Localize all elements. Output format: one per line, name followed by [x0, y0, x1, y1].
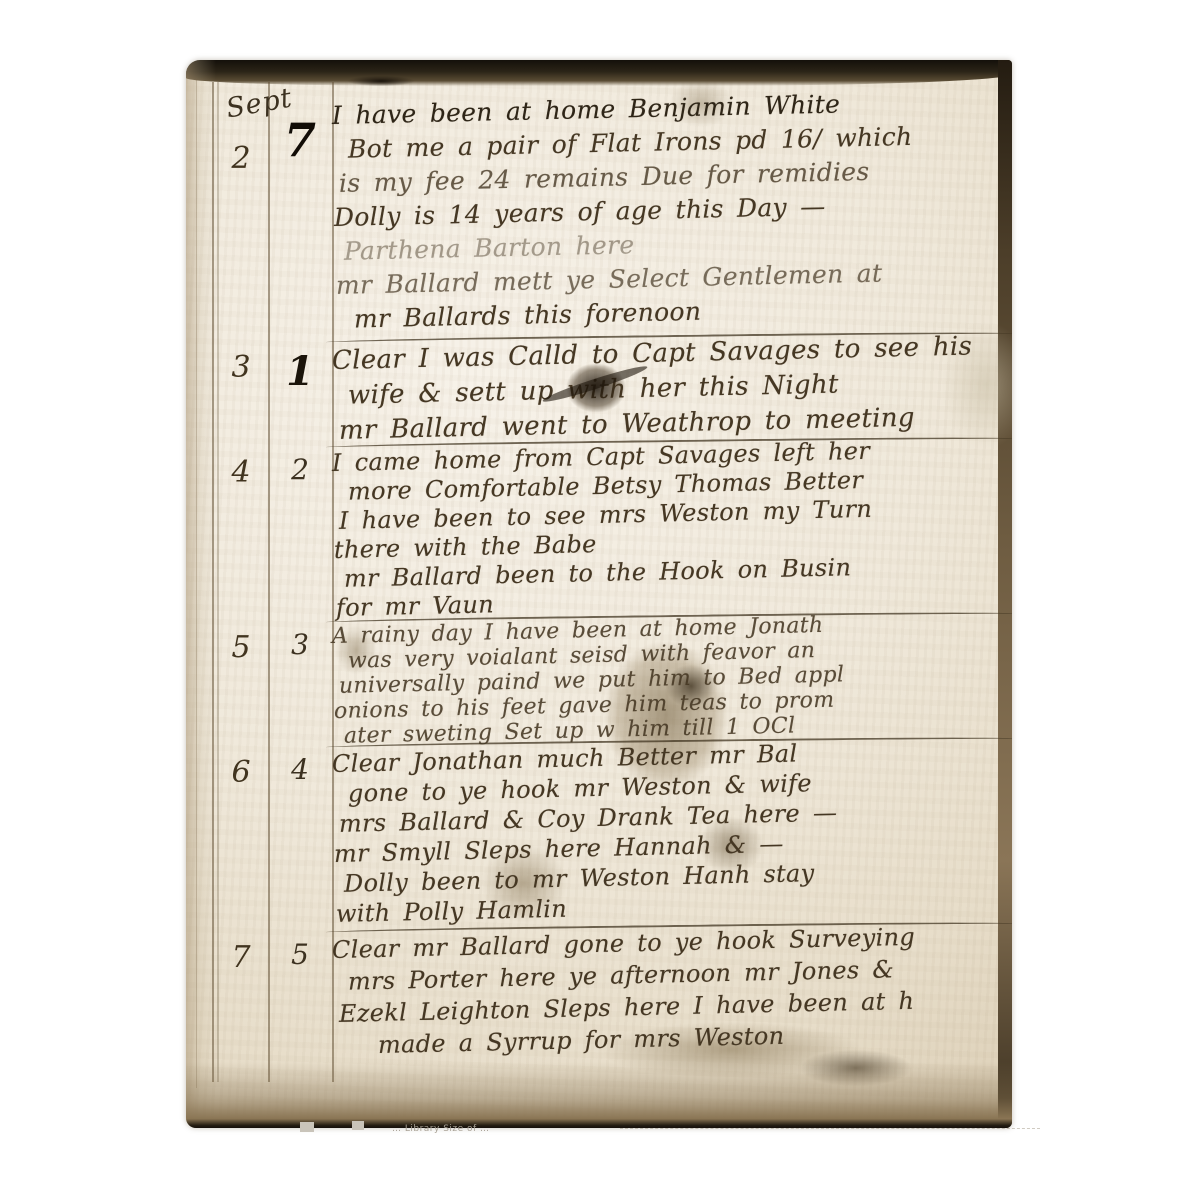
entry-text: Clear I was Calld to Capt Savages to see… [332, 340, 1012, 449]
photo-caption: … Library Size of … [392, 1124, 490, 1134]
diary-entry-sept-4: 42I came home from Capt Savages left her… [214, 445, 1012, 623]
entry-text: Clear mr Ballard gone to ye hook Surveyi… [332, 930, 1012, 1062]
day-of-month: 5 [214, 620, 268, 665]
day-of-month: 2 [214, 95, 268, 176]
diary-entry-sept-2: 27I have been at home Benjamin WhiteBot … [214, 95, 1012, 337]
diary-entry-sept-6: 64Clear Jonathan much Better mr Balgone … [214, 745, 1012, 929]
caption-mark [300, 1122, 314, 1132]
entry-number: 4 [268, 745, 332, 786]
entry-number: 5 [268, 930, 332, 971]
entry-number: 2 [268, 445, 332, 486]
day-of-month: 7 [214, 930, 268, 975]
page-edge-bottom [186, 1062, 1012, 1128]
entry-text: I came home from Capt Savages left hermo… [332, 445, 1012, 623]
entry-number: 1 [268, 340, 332, 395]
day-of-month: 4 [214, 445, 268, 490]
day-of-month: 6 [214, 745, 268, 790]
scanned-diary-page: Sept 27I have been at home Benjamin Whit… [0, 0, 1200, 1200]
diary-entry-sept-5: 53A rainy day I have been at home Jonath… [214, 620, 1012, 749]
handwriting-layer: Sept 27I have been at home Benjamin Whit… [186, 60, 1012, 1128]
entry-text: A rainy day I have been at home Jonathwa… [332, 620, 1012, 749]
caption-mark [352, 1121, 364, 1130]
entry-text: I have been at home Benjamin WhiteBot me… [332, 95, 1012, 337]
entry-text: Clear Jonathan much Better mr Balgone to… [332, 745, 1012, 929]
diary-entry-sept-7: 75Clear mr Ballard gone to ye hook Surve… [214, 930, 1012, 1062]
day-of-month: 3 [214, 340, 268, 385]
entry-number: 7 [268, 95, 332, 167]
diary-page-photo: Sept 27I have been at home Benjamin Whit… [186, 60, 1012, 1128]
caption-rule [620, 1128, 1040, 1129]
entry-number: 3 [268, 620, 332, 661]
diary-entry-sept-3: 31Clear I was Calld to Capt Savages to s… [214, 340, 1012, 449]
